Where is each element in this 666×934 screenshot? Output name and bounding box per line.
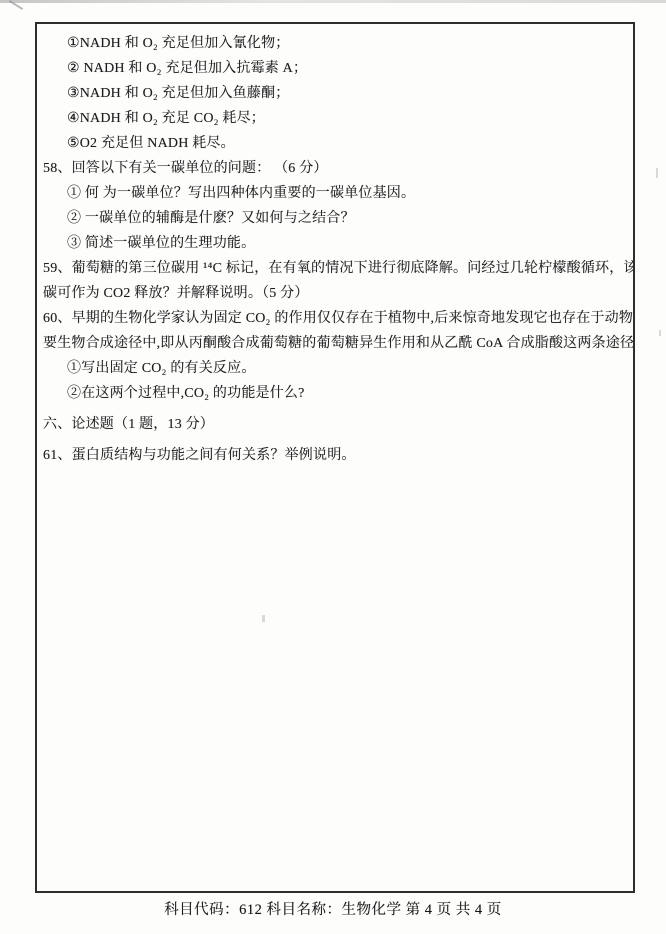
exam-question-60-line-2: 要生物合成途径中,即从丙酮酸合成葡萄糖的葡萄糖异生作用和从乙酰 CoA 合成脂酸… [43,331,629,356]
exam-section-6-header: 六、论述题（1 题，13 分） [43,412,629,437]
scanned-exam-page: ①NADH 和 O₂ 充足但加入氰化物； ② NADH 和 O₂ 充足但加入抗霉… [0,0,666,934]
exam-question-60-part-2: ②在这两个过程中,CO₂ 的功能是什么? [67,381,629,406]
page-footer: 科目代码：612 科目名称：生物化学 第 4 页 共 4 页 [0,898,666,919]
exam-question-58-part-2: ② 一碳单位的辅酶是什麽？又如何与之结合？ [67,206,629,231]
exam-content-frame: ①NADH 和 O₂ 充足但加入氰化物； ② NADH 和 O₂ 充足但加入抗霉… [35,22,635,893]
exam-body: ①NADH 和 O₂ 充足但加入氰化物； ② NADH 和 O₂ 充足但加入抗霉… [37,31,633,468]
exam-question-59-line-2: 碳可作为 CO2 释放？并解释说明。（5 分） [43,281,629,306]
exam-line-condition-3: ③NADH 和 O₂ 充足但加入鱼藤酮； [67,81,629,106]
exam-question-60-line-1: 60、早期的生物化学家认为固定 CO₂ 的作用仅仅存在于植物中,后来惊奇地发现它… [43,306,629,331]
exam-line-condition-2: ② NADH 和 O₂ 充足但加入抗霉素 A； [67,56,629,81]
scan-speck [659,330,661,336]
exam-question-58-part-1: ① 何 为一碳单位？写出四种体内重要的一碳单位基因。 [67,181,629,206]
exam-line-condition-5: ⑤O2 充足但 NADH 耗尽。 [67,131,629,156]
exam-question-60-part-1: ①写出固定 CO₂ 的有关反应。 [67,356,629,381]
scan-speck [656,168,658,178]
exam-line-condition-4: ④NADH 和 O₂ 充足 CO₂ 耗尽； [67,106,629,131]
exam-question-61: 61、蛋白质结构与功能之间有何关系？举例说明。 [43,443,629,468]
scan-edge-streak [0,0,666,3]
exam-line-condition-1: ①NADH 和 O₂ 充足但加入氰化物； [67,31,629,56]
exam-question-59-line-1: 59、葡萄糖的第三位碳用 ¹⁴C 标记，在有氧的情况下进行彻底降解。问经过几轮柠… [43,256,629,281]
exam-question-58-part-3: ③ 简述一碳单位的生理功能。 [67,231,629,256]
exam-question-58: 58、回答以下有关一碳单位的问题： （6 分） [43,156,629,181]
